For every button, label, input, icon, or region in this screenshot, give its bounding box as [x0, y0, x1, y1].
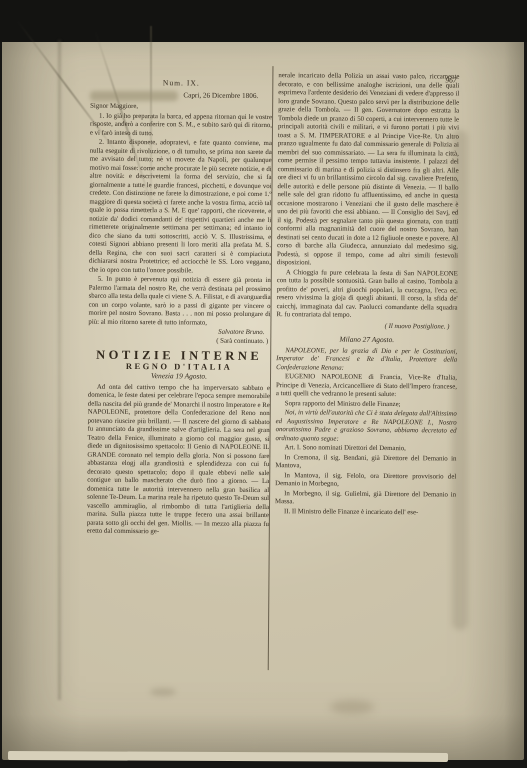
page-content: 967 Num. IX. Capri, 26 Dicembre 1806. Si…: [0, 0, 527, 768]
left-column: Num. IX. Capri, 26 Dicembre 1806. Signor…: [87, 79, 273, 539]
news-paragraph-chioggia: A Chioggia fu pure celebrata la festa di…: [276, 269, 457, 321]
decree-rapporto: Sopra rapporto del Ministro delle Finanz…: [276, 400, 457, 410]
continuation-note: ( Sarà continuato. ): [88, 336, 270, 346]
letter-paragraph: 1. Io già ho preparata la barca, ed appe…: [90, 112, 272, 139]
section-title: NOTIZIE INTERNE: [88, 351, 270, 361]
letter-paragraph: 5. In punto è pervenuta quì notizia di e…: [88, 276, 270, 328]
decree-article: Art. I. Sono nominati Direttori del Dema…: [275, 444, 456, 454]
issue-number: Num. IX.: [90, 79, 272, 89]
letter-salutation: Signor Maggiore,: [90, 103, 272, 113]
dateline-milano: Milano 27 Agosto.: [276, 335, 457, 345]
right-column: nerale incaricato della Polizia un assai…: [275, 72, 459, 518]
decree-article: II. Il Ministro delle Finanze è incarica…: [275, 508, 456, 518]
decree-article: In Morbegno, il sig. Gulielmi, già Diret…: [275, 490, 456, 508]
news-paragraph-venezia-continued: nerale incaricato della Polizia un assai…: [277, 72, 460, 269]
source-attribution: ( Il nuovo Postiglione. ): [276, 322, 457, 332]
letter-paragraph: 2. Intanto disponete, adopratevi, e fate…: [89, 139, 272, 276]
dateline-venezia: Venezia 19 Agosto.: [88, 372, 270, 382]
decree-noi: Noi, in virtù dell'autorità che Ci è sta…: [276, 409, 457, 444]
issue-dateline: Capri, 26 Dicembre 1806.: [90, 90, 272, 100]
decree-article: In Cremona, il sig. Bendani, già Diretto…: [275, 454, 456, 472]
decree-article: In Mantova, il sig. Felolo, ora Direttor…: [275, 472, 456, 490]
decree-preamble-napoleone: NAPOLEONE, per la grazia di Dio e per le…: [276, 347, 457, 374]
news-paragraph-venezia: Ad onta del cattivo tempo che ha imperve…: [87, 383, 270, 537]
decree-preamble-eugenio: EUGENIO NAPOLEONE di Francia, Vice-Re d'…: [276, 373, 457, 400]
